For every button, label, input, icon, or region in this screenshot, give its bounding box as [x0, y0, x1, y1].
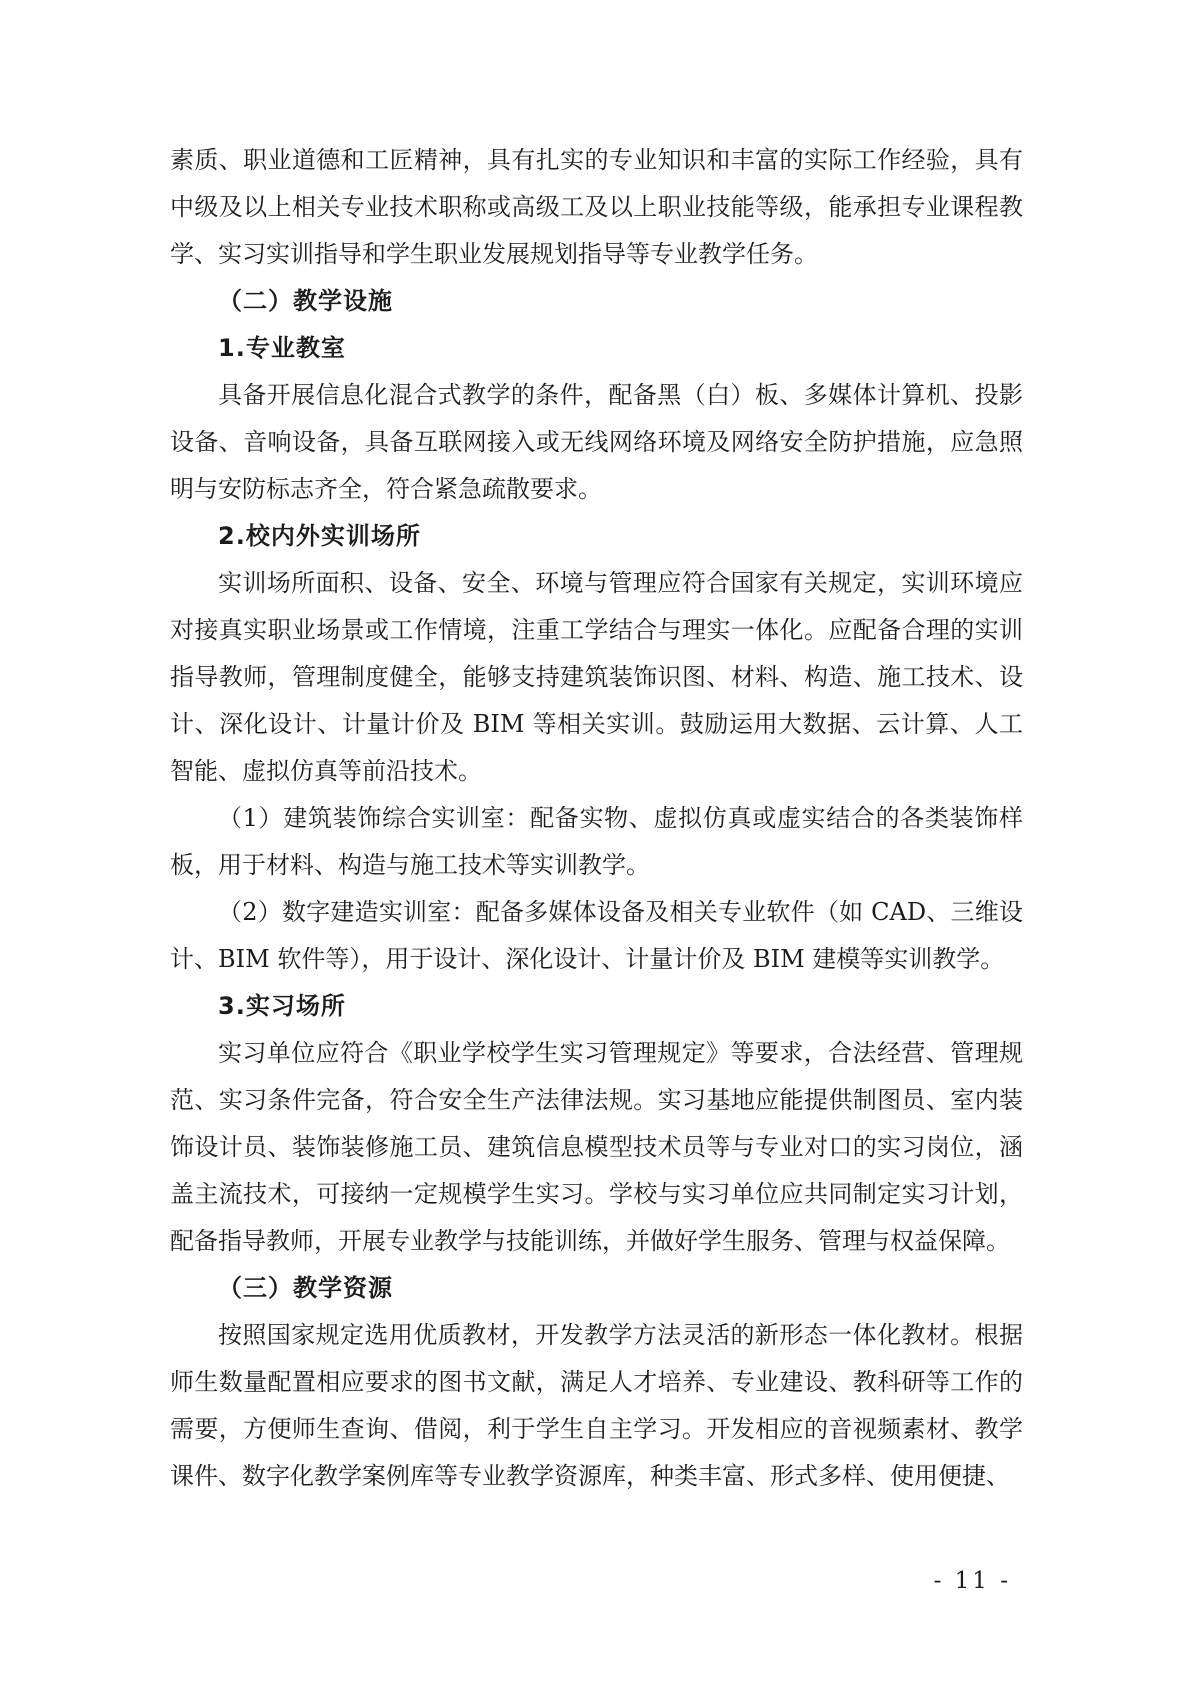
paragraph-body: 实训场所面积、设备、安全、环境与管理应符合国家有关规定，实训环境应对接真实职业场…: [170, 560, 1023, 795]
paragraph-body: （2）数字建造实训室：配备多媒体设备及相关专业软件（如 CAD、三维设计、BIM…: [170, 889, 1023, 983]
paragraph-body: 按照国家规定选用优质教材，开发教学方法灵活的新形态一体化教材。根据师生数量配置相…: [170, 1312, 1023, 1500]
section-heading-teaching-resources: （三）教学资源: [170, 1265, 1023, 1312]
subsection-heading-internship-sites: 3.实习场所: [170, 983, 1023, 1030]
paragraph-body: （1）建筑装饰综合实训室：配备实物、虚拟仿真或虚实结合的各类装饰样板，用于材料、…: [170, 795, 1023, 889]
paragraph-body: 素质、职业道德和工匠精神，具有扎实的专业知识和丰富的实际工作经验，具有中级及以上…: [170, 137, 1023, 278]
text-content: 素质、职业道德和工匠精神，具有扎实的专业知识和丰富的实际工作经验，具有中级及以上…: [170, 137, 1023, 1500]
paragraph-body: 具备开展信息化混合式教学的条件，配备黑（白）板、多媒体计算机、投影设备、音响设备…: [170, 372, 1023, 513]
section-heading-teaching-facilities: （二）教学设施: [170, 278, 1023, 325]
subsection-heading-classroom: 1.专业教室: [170, 325, 1023, 372]
paragraph-body: 实习单位应符合《职业学校学生实习管理规定》等要求，合法经营、管理规范、实习条件完…: [170, 1030, 1023, 1265]
document-page: 素质、职业道德和工匠精神，具有扎实的专业知识和丰富的实际工作经验，具有中级及以上…: [0, 0, 1191, 1684]
subsection-heading-training-sites: 2.校内外实训场所: [170, 513, 1023, 560]
page-number: - 11 -: [934, 1566, 1011, 1596]
